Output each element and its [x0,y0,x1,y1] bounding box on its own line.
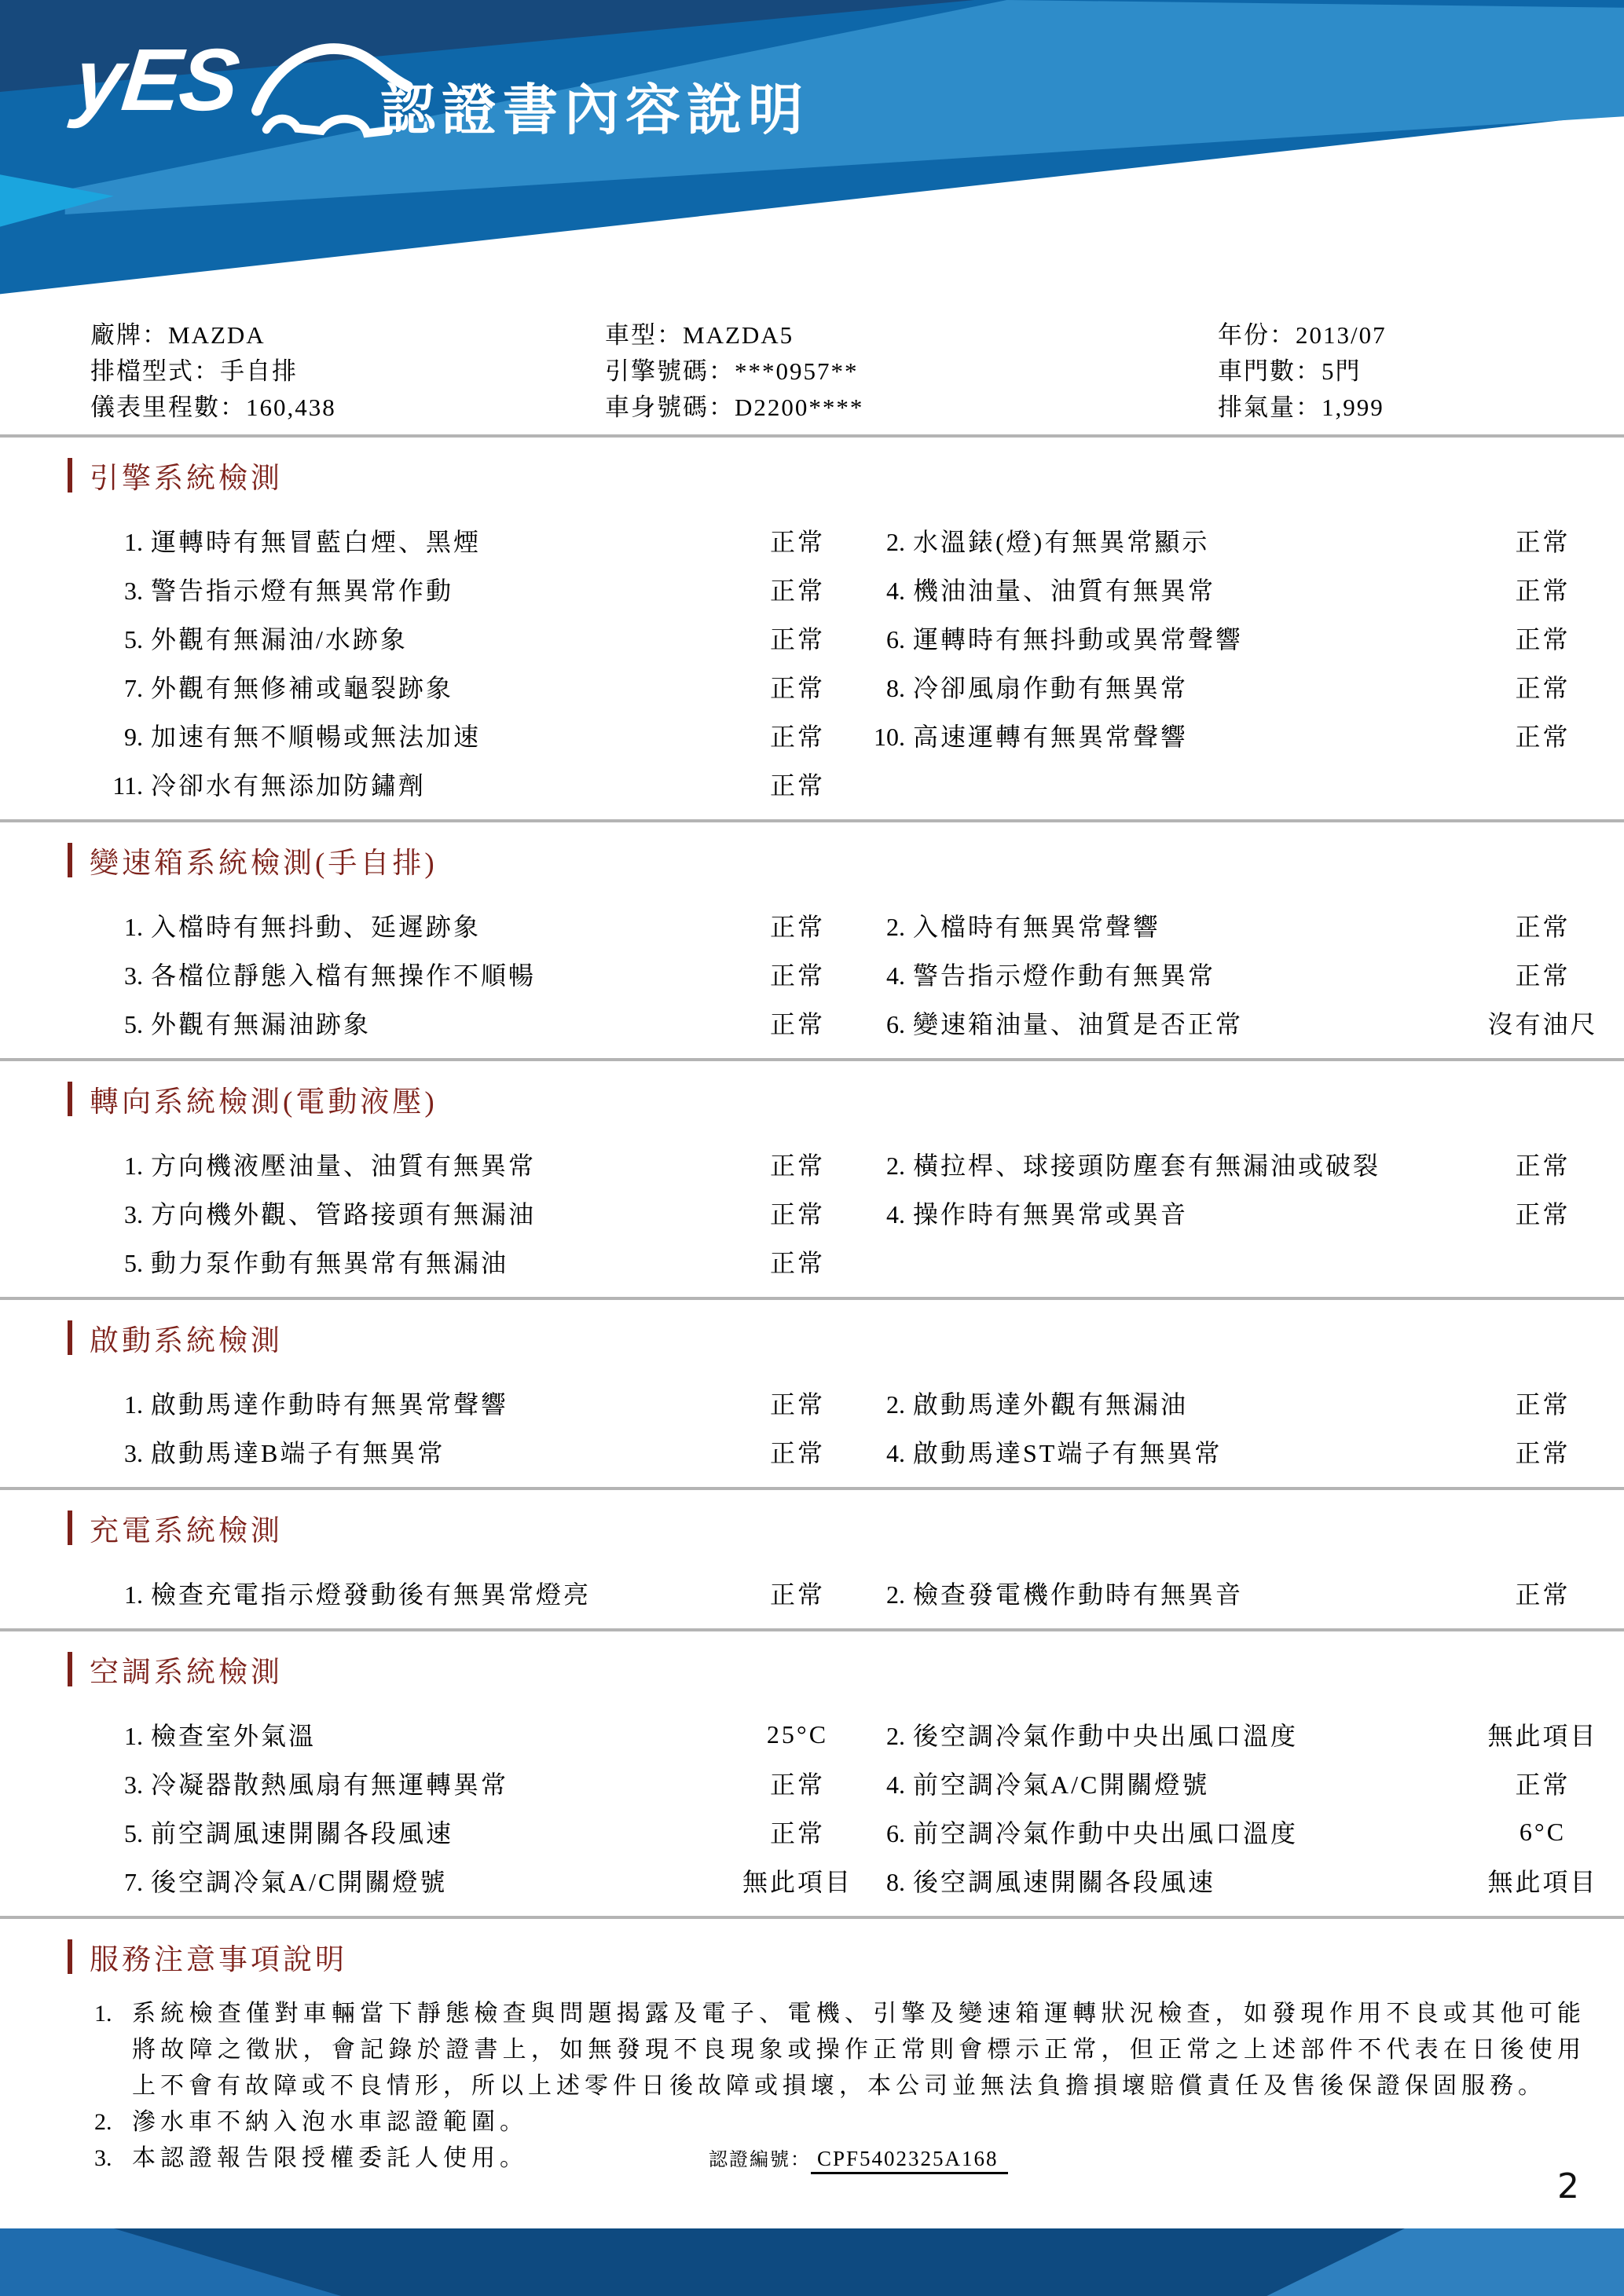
field-value: 1,999 [1322,394,1384,421]
check-rows: 1.方向機液壓油量、油質有無異常 正常 2.橫拉桿、球接頭防塵套有無漏油或破裂 … [0,1140,1624,1286]
page-header: yES 認證書內容說明 [0,0,1624,306]
item-number: 6. [864,625,905,654]
item-text: 操作時有無異常或異音 [913,1200,1188,1229]
certification-number: 認證編號：CPF5402325A168 [709,2140,1008,2178]
cert-label: 認證編號： [709,2150,811,2170]
item-status: 正常 [1461,1765,1624,1801]
item-text: 檢查發電機作動時有無異音 [913,1580,1243,1609]
field-label: 年份： [1218,321,1296,349]
item-status: 正常 [1461,522,1624,558]
vehicle-field-year: 年份：2013/07 [1218,317,1608,353]
note-text: 系統檢查僅對車輛當下靜態檢查與問題揭露及電子、電機、引擎及變速箱運轉狀況檢查，如… [132,1996,1586,2104]
vehicle-field-mileage: 儀表里程數：160,438 [90,390,605,426]
divider [0,819,1624,822]
check-item: 2.橫拉桿、球接頭防塵套有無漏油或破裂 [864,1146,1461,1182]
check-rows: 1.檢查室外氣溫 25°C 2.後空調冷氣作動中央出風口溫度 無此項目 3.冷凝… [0,1710,1624,1905]
item-number: 1. [102,1390,143,1419]
item-number: 7. [102,1868,143,1897]
item-text: 入檔時有無抖動、延遲跡象 [151,913,481,941]
item-text: 啟動馬達外觀有無漏油 [913,1390,1188,1419]
item-number: 1. [102,528,143,557]
item-text: 各檔位靜態入檔有無操作不順暢 [151,961,536,990]
item-text: 檢查充電指示燈發動後有無異常燈亮 [151,1580,591,1609]
item-status: 正常 [731,1765,864,1801]
item-text: 啟動馬達ST端子有無異常 [913,1439,1222,1467]
item-number: 6. [864,1010,905,1039]
item-number: 4. [864,1439,905,1468]
check-item: 11.冷卻水有無添加防鏽劑 [102,766,731,802]
section-title-text: 充電系統檢測 [90,1507,283,1549]
item-number: 7. [102,674,143,703]
item-text: 入檔時有無異常聲響 [913,913,1160,941]
field-label: 車身號碼： [605,394,735,421]
vehicle-field-model: 車型：MAZDA5 [605,317,1218,353]
item-status: 正常 [731,668,864,705]
check-rows: 1.啟動馬達作動時有無異常聲響 正常 2.啟動馬達外觀有無漏油 正常 3.啟動馬… [0,1379,1624,1476]
check-item: 3.冷凝器散熱風扇有無運轉異常 [102,1765,731,1801]
field-label: 排氣量： [1218,394,1322,421]
vehicle-info-grid: 廠牌：MAZDA 車型：MAZDA5 年份：2013/07 排檔型式：手自排 引… [90,317,1624,426]
item-number: 8. [864,674,905,703]
item-status: 正常 [1461,907,1624,943]
section-title: 啟動系統檢測 [68,1317,1624,1358]
check-row: 5.外觀有無漏油跡象 正常 6.變速箱油量、油質是否正常 沒有油尺 [102,998,1624,1047]
item-status: 正常 [731,1814,864,1850]
check-item: 2.入檔時有無異常聲響 [864,907,1461,943]
item-number: 2. [864,1390,905,1419]
check-item: 8.後空調風速開關各段風速 [864,1862,1461,1899]
check-item: 2.後空調冷氣作動中央出風口溫度 [864,1716,1461,1752]
item-status: 無此項目 [731,1862,864,1899]
page-footer [0,2228,1624,2296]
item-number: 4. [864,1200,905,1229]
check-row: 11.冷卻水有無添加防鏽劑 正常 [102,760,1624,808]
item-number: 2. [864,1722,905,1751]
item-number: 11. [102,771,143,800]
field-label: 車門數： [1218,357,1322,385]
item-text: 外觀有無修補或龜裂跡象 [151,674,453,702]
divider [0,1297,1624,1300]
item-number: 1. [102,1722,143,1751]
page-title: 認證書內容說明 [380,66,809,145]
item-text: 加速有無不順暢或無法加速 [151,723,481,751]
section-title-text: 服務注意事項說明 [90,1935,347,1978]
check-row: 1.方向機液壓油量、油質有無異常 正常 2.橫拉桿、球接頭防塵套有無漏油或破裂 … [102,1140,1624,1188]
item-text: 變速箱油量、油質是否正常 [913,1010,1243,1038]
item-status: 正常 [1461,717,1624,753]
check-item: 4.警告指示燈作動有無異常 [864,956,1461,992]
item-number: 4. [864,961,905,991]
check-item: 1.檢查室外氣溫 [102,1716,731,1752]
item-status: 正常 [731,766,864,802]
item-text: 冷凝器散熱風扇有無運轉異常 [151,1771,508,1799]
vehicle-field-doors: 車門數：5門 [1218,353,1608,390]
item-text: 啟動馬達B端子有無異常 [151,1439,445,1467]
section-title-bar [68,1939,72,1974]
item-status: 正常 [731,1005,864,1041]
item-number: 5. [102,1819,143,1848]
item-text: 冷卻風扇作動有無異常 [913,674,1188,702]
item-status: 正常 [731,1434,864,1470]
item-number: 1. [102,1152,143,1181]
field-value: 160,438 [246,394,336,421]
certification-report-page: yES 認證書內容說明 廠牌：MAZDA 車型：MAZDA5 年份：2013/0… [0,0,1624,2296]
field-label: 車型： [605,321,683,349]
check-row: 9.加速有無不順暢或無法加速 正常 10.高速運轉有無異常聲響 正常 [102,711,1624,760]
check-item: 10.高速運轉有無異常聲響 [864,717,1461,753]
item-text: 前空調風速開關各段風速 [151,1819,453,1847]
item-text: 後空調冷氣作動中央出風口溫度 [913,1722,1298,1750]
field-value: 5門 [1322,357,1362,385]
check-item: 1.啟動馬達作動時有無異常聲響 [102,1385,731,1421]
section-title: 轉向系統檢測(電動液壓) [68,1078,1624,1119]
item-number: 6. [864,1819,905,1848]
section-title-text: 變速箱系統檢測(手自排) [90,839,438,881]
section-title-text: 轉向系統檢測(電動液壓) [90,1078,438,1120]
check-row: 3.各檔位靜態入檔有無操作不順暢 正常 4.警告指示燈作動有無異常 正常 [102,950,1624,998]
check-item: 6.變速箱油量、油質是否正常 [864,1005,1461,1041]
item-status: 正常 [1461,1434,1624,1470]
item-text: 冷卻水有無添加防鏽劑 [151,771,426,800]
item-text: 運轉時有無抖動或異常聲響 [913,625,1243,654]
section-title: 引擎系統檢測 [68,455,1624,496]
check-rows: 1.運轉時有無冒藍白煙、黑煙 正常 2.水溫錶(燈)有無異常顯示 正常 3.警告… [0,516,1624,808]
check-row: 7.外觀有無修補或龜裂跡象 正常 8.冷卻風扇作動有無異常 正常 [102,662,1624,711]
section-title-bar [68,1652,72,1686]
note-text-inline: 本認證報告限授權委託人使用。 [132,2145,528,2171]
note-number: 3. [94,2140,132,2178]
check-item: 3.啟動馬達B端子有無異常 [102,1434,731,1470]
item-status: 正常 [1461,668,1624,705]
check-item: 7.後空調冷氣A/C開關燈號 [102,1862,731,1899]
item-text: 水溫錶(燈)有無異常顯示 [913,528,1209,556]
check-rows: 1.入檔時有無抖動、延遲跡象 正常 2.入檔時有無異常聲響 正常 3.各檔位靜態… [0,901,1624,1047]
check-item: 1.入檔時有無抖動、延遲跡象 [102,907,731,943]
item-text: 外觀有無漏油跡象 [151,1010,371,1038]
check-item: 4.操作時有無異常或異音 [864,1195,1461,1231]
check-row: 3.冷凝器散熱風扇有無運轉異常 正常 4.前空調冷氣A/C開關燈號 正常 [102,1759,1624,1807]
section-title-bar [68,1320,72,1355]
item-number: 2. [864,528,905,557]
item-status: 正常 [731,956,864,992]
check-item: 8.冷卻風扇作動有無異常 [864,668,1461,705]
section-title: 空調系統檢測 [68,1649,1624,1690]
divider [0,1487,1624,1490]
vehicle-field-body-no: 車身號碼：D2200**** [605,390,1218,426]
section-title-bar [68,843,72,877]
check-item: 5.動力泵作動有無異常有無漏油 [102,1243,731,1280]
item-text: 前空調冷氣作動中央出風口溫度 [913,1819,1298,1847]
field-value: 2013/07 [1296,321,1387,349]
item-status: 6°C [1461,1818,1624,1847]
check-row: 3.方向機外觀、管路接頭有無漏油 正常 4.操作時有無異常或異音 正常 [102,1188,1624,1237]
divider [0,1058,1624,1061]
check-item: 3.各檔位靜態入檔有無操作不順暢 [102,956,731,992]
item-status: 正常 [1461,1146,1624,1182]
check-item: 6.運轉時有無抖動或異常聲響 [864,620,1461,656]
check-row: 5.前空調風速開關各段風速 正常 6.前空調冷氣作動中央出風口溫度 6°C [102,1807,1624,1856]
item-status: 正常 [1461,1385,1624,1421]
check-item: 4.啟動馬達ST端子有無異常 [864,1434,1461,1470]
check-row: 5.動力泵作動有無異常有無漏油 正常 [102,1237,1624,1286]
check-item: 2.水溫錶(燈)有無異常顯示 [864,522,1461,558]
section-transmission: 變速箱系統檢測(手自排) 1.入檔時有無抖動、延遲跡象 正常 2.入檔時有無異常… [0,840,1624,1061]
item-text: 檢查室外氣溫 [151,1722,316,1750]
item-number: 3. [102,1200,143,1229]
field-label: 儀表里程數： [90,394,246,421]
section-title-text: 啟動系統檢測 [90,1316,283,1359]
item-number: 3. [102,1439,143,1468]
check-item: 5.外觀有無漏油/水跡象 [102,620,731,656]
vehicle-field-gearbox: 排檔型式：手自排 [90,353,605,390]
section-starter: 啟動系統檢測 1.啟動馬達作動時有無異常聲響 正常 2.啟動馬達外觀有無漏油 正… [0,1317,1624,1490]
item-number: 4. [864,577,905,606]
item-status: 正常 [731,907,864,943]
item-status: 正常 [1461,620,1624,656]
check-item: 1.運轉時有無冒藍白煙、黑煙 [102,522,731,558]
item-text: 方向機液壓油量、油質有無異常 [151,1152,536,1180]
check-item: 1.方向機液壓油量、油質有無異常 [102,1146,731,1182]
item-text: 啟動馬達作動時有無異常聲響 [151,1390,508,1419]
check-row: 5.外觀有無漏油/水跡象 正常 6.運轉時有無抖動或異常聲響 正常 [102,613,1624,662]
item-status: 正常 [731,571,864,607]
item-text: 前空調冷氣A/C開關燈號 [913,1771,1209,1799]
check-row: 7.後空調冷氣A/C開關燈號 無此項目 8.後空調風速開關各段風速 無此項目 [102,1856,1624,1905]
cert-value: CPF5402325A168 [811,2147,1008,2174]
item-status: 正常 [731,620,864,656]
check-item: 2.檢查發電機作動時有無異音 [864,1575,1461,1611]
item-status: 正常 [1461,1195,1624,1231]
check-row: 1.檢查室外氣溫 25°C 2.後空調冷氣作動中央出風口溫度 無此項目 [102,1710,1624,1759]
item-text: 橫拉桿、球接頭防塵套有無漏油或破裂 [913,1152,1380,1180]
check-row: 1.啟動馬達作動時有無異常聲響 正常 2.啟動馬達外觀有無漏油 正常 [102,1379,1624,1427]
check-row: 1.入檔時有無抖動、延遲跡象 正常 2.入檔時有無異常聲響 正常 [102,901,1624,950]
field-label: 引擎號碼： [605,357,735,385]
check-item: 5.外觀有無漏油跡象 [102,1005,731,1041]
item-number: 5. [102,1249,143,1278]
note-item: 2. 滲水車不納入泡水車認證範圍。 [94,2104,1624,2140]
check-row: 1.檢查充電指示燈發動後有無異常燈亮 正常 2.檢查發電機作動時有無異音 正常 [102,1569,1624,1617]
section-title-text: 引擎系統檢測 [90,454,283,496]
item-text: 高速運轉有無異常聲響 [913,723,1188,751]
item-text: 機油油量、油質有無異常 [913,577,1215,605]
item-number: 2. [864,1580,905,1609]
item-number: 10. [864,723,905,752]
section-steering: 轉向系統檢測(電動液壓) 1.方向機液壓油量、油質有無異常 正常 2.橫拉桿、球… [0,1078,1624,1300]
note-text: 滲水車不納入泡水車認證範圍。 [132,2104,528,2140]
section-charging: 充電系統檢測 1.檢查充電指示燈發動後有無異常燈亮 正常 2.檢查發電機作動時有… [0,1507,1624,1631]
field-value: D2200**** [735,394,863,421]
check-rows: 1.檢查充電指示燈發動後有無異常燈亮 正常 2.檢查發電機作動時有無異音 正常 [0,1569,1624,1617]
note-number: 1. [94,1996,132,2104]
vehicle-field-brand: 廠牌：MAZDA [90,317,605,353]
vehicle-field-engine-no: 引擎號碼：***0957** [605,353,1218,390]
field-value: 手自排 [220,357,298,385]
field-value: MAZDA5 [683,321,794,349]
page-number: 2 [1557,2166,1579,2206]
check-row: 3.啟動馬達B端子有無異常 正常 4.啟動馬達ST端子有無異常 正常 [102,1427,1624,1476]
check-row: 1.運轉時有無冒藍白煙、黑煙 正常 2.水溫錶(燈)有無異常顯示 正常 [102,516,1624,565]
item-number: 3. [102,577,143,606]
section-air-conditioning: 空調系統檢測 1.檢查室外氣溫 25°C 2.後空調冷氣作動中央出風口溫度 無此… [0,1649,1624,1919]
item-text: 警告指示燈有無異常作動 [151,577,453,605]
check-item: 7.外觀有無修補或龜裂跡象 [102,668,731,705]
check-item: 6.前空調冷氣作動中央出風口溫度 [864,1814,1461,1850]
vehicle-field-displacement: 排氣量：1,999 [1218,390,1608,426]
item-status: 25°C [731,1720,864,1749]
item-number: 4. [864,1771,905,1800]
item-status: 正常 [731,1243,864,1280]
check-item: 4.機油油量、油質有無異常 [864,571,1461,607]
check-item: 9.加速有無不順暢或無法加速 [102,717,731,753]
notes-list: 1. 系統檢查僅對車輛當下靜態檢查與問題揭露及電子、電機、引擎及變速箱運轉狀況檢… [94,1996,1624,2178]
yes-logo-text: yES [71,36,241,124]
item-text: 警告指示燈作動有無異常 [913,961,1215,990]
check-item: 5.前空調風速開關各段風速 [102,1814,731,1850]
item-status: 正常 [731,1385,864,1421]
item-text: 運轉時有無冒藍白煙、黑煙 [151,528,481,556]
item-status: 正常 [731,1146,864,1182]
section-service-notes: 服務注意事項說明 1. 系統檢查僅對車輛當下靜態檢查與問題揭露及電子、電機、引擎… [0,1936,1624,2178]
section-title: 變速箱系統檢測(手自排) [68,840,1624,881]
note-item: 3. 本認證報告限授權委託人使用。認證編號：CPF5402325A168 [94,2140,1624,2178]
field-value: ***0957** [735,357,859,385]
field-label: 排檔型式： [90,357,220,385]
item-status: 無此項目 [1461,1862,1624,1899]
section-title-bar [68,1082,72,1116]
item-status: 正常 [1461,956,1624,992]
item-number: 9. [102,723,143,752]
section-engine: 引擎系統檢測 1.運轉時有無冒藍白煙、黑煙 正常 2.水溫錶(燈)有無異常顯示 … [0,455,1624,822]
item-number: 5. [102,625,143,654]
item-status: 正常 [731,717,864,753]
item-number: 2. [864,1152,905,1181]
divider [0,434,1624,438]
item-number: 8. [864,1868,905,1897]
item-status: 正常 [1461,1575,1624,1611]
item-number: 5. [102,1010,143,1039]
item-status: 沒有油尺 [1461,1005,1624,1041]
item-number: 3. [102,961,143,991]
note-text: 本認證報告限授權委託人使用。認證編號：CPF5402325A168 [132,2140,1008,2178]
divider [0,1916,1624,1919]
item-number: 3. [102,1771,143,1800]
item-text: 外觀有無漏油/水跡象 [151,625,408,654]
section-title: 充電系統檢測 [68,1507,1624,1548]
check-item: 4.前空調冷氣A/C開關燈號 [864,1765,1461,1801]
item-text: 後空調冷氣A/C開關燈號 [151,1868,447,1896]
field-value: MAZDA [168,321,266,349]
item-status: 正常 [1461,571,1624,607]
item-status: 正常 [731,522,864,558]
note-item: 1. 系統檢查僅對車輛當下靜態檢查與問題揭露及電子、電機、引擎及變速箱運轉狀況檢… [94,1996,1624,2104]
section-title-text: 空調系統檢測 [90,1648,283,1690]
note-number: 2. [94,2104,132,2140]
item-status: 無此項目 [1461,1716,1624,1752]
divider [0,1628,1624,1631]
item-number: 2. [864,913,905,942]
item-text: 動力泵作動有無異常有無漏油 [151,1249,508,1277]
item-status: 正常 [731,1575,864,1611]
check-item: 1.檢查充電指示燈發動後有無異常燈亮 [102,1575,731,1611]
item-text: 方向機外觀、管路接頭有無漏油 [151,1200,536,1229]
check-item: 3.警告指示燈有無異常作動 [102,571,731,607]
check-item: 2.啟動馬達外觀有無漏油 [864,1385,1461,1421]
item-status: 正常 [731,1195,864,1231]
item-text: 後空調風速開關各段風速 [913,1868,1215,1896]
check-row: 3.警告指示燈有無異常作動 正常 4.機油油量、油質有無異常 正常 [102,565,1624,613]
item-number: 1. [102,1580,143,1609]
section-title-bar [68,1511,72,1545]
section-title-bar [68,458,72,493]
yes-logo: yES [75,36,390,162]
section-title: 服務注意事項說明 [68,1936,1624,1977]
item-number: 1. [102,913,143,942]
field-label: 廠牌： [90,321,168,349]
check-item: 3.方向機外觀、管路接頭有無漏油 [102,1195,731,1231]
